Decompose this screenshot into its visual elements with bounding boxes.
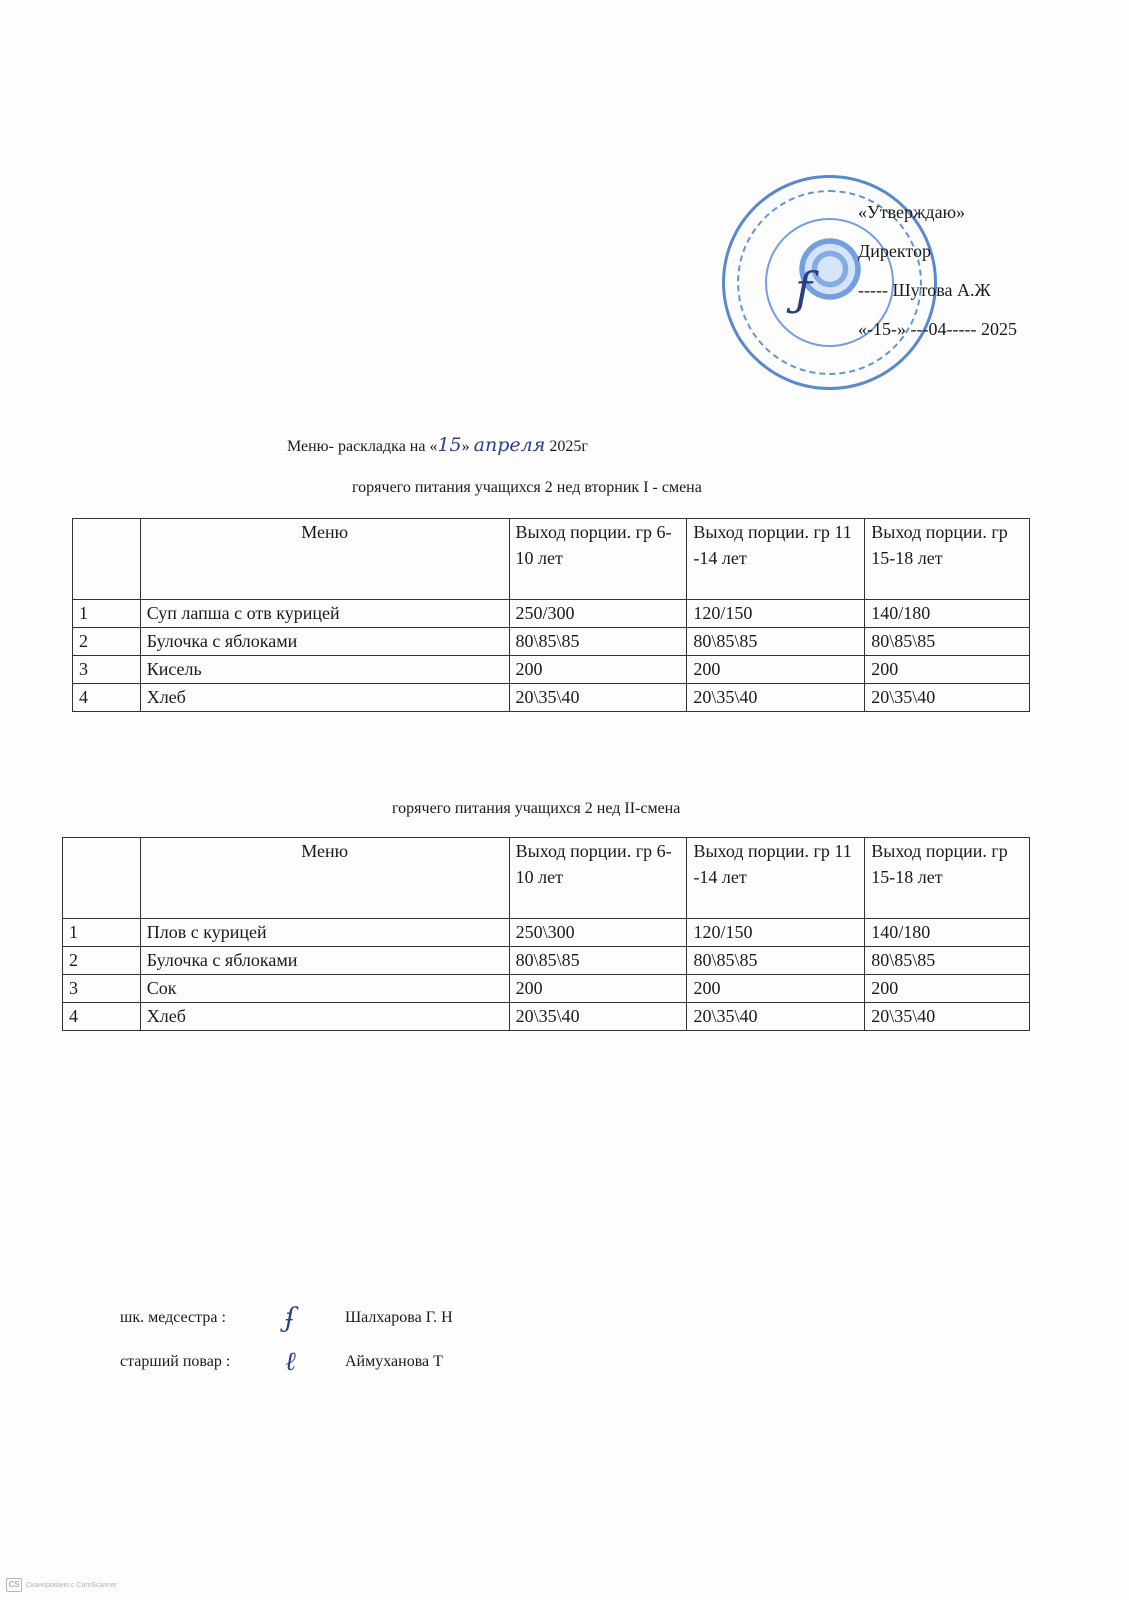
portion-6-10: 250\300 [509,919,687,947]
approval-date: «-15-» ---04----- 2025 [858,310,1017,349]
portion-11-14: 200 [687,975,865,1003]
scanner-watermark: CS Сканировано с CamScanner [6,1578,117,1592]
dish-name: Суп лапша с отв курицей [140,600,509,628]
title-month: апреля [474,434,546,456]
dish-name: Хлеб [140,684,509,712]
approval-position: Директор [858,232,1017,271]
dish-name: Булочка с яблоками [140,947,509,975]
portion-11-14: 80\85\85 [687,628,865,656]
header-age-6-10: Выход порции. гр 6-10 лет [509,519,687,600]
row-number: 2 [73,628,141,656]
row-number: 3 [63,975,141,1003]
header-age-6-10: Выход порции. гр 6-10 лет [509,838,687,919]
table-row: 4 Хлеб 20\35\40 20\35\40 20\35\40 [63,1003,1030,1031]
header-age-15-18: Выход порции. гр 15-18 лет [865,838,1030,919]
title-prefix: Меню- раскладка на « [287,438,437,455]
signature-name: Аймуханова Т [345,1340,443,1384]
table-header-row: Меню Выход порции. гр 6-10 лет Выход пор… [63,838,1030,919]
table-row: 2 Булочка с яблоками 80\85\85 80\85\85 8… [63,947,1030,975]
portion-15-18: 80\85\85 [865,947,1030,975]
approval-name: ----- Шутова А.Ж [858,271,1017,310]
title-mid: » [462,438,474,455]
signature-name: Шалхарова Г. Н [345,1296,453,1340]
approval-block: «Утверждаю» Директор ----- Шутова А.Ж «-… [858,193,1017,349]
header-number [63,838,141,919]
portion-6-10: 200 [509,656,687,684]
portion-11-14: 120/150 [687,919,865,947]
shift-2-subtitle: горячего питания учащихся 2 нед II-смена [392,800,680,818]
dish-name: Плов с курицей [140,919,509,947]
portion-15-18: 20\35\40 [865,684,1030,712]
header-menu: Меню [140,519,509,600]
row-number: 3 [73,656,141,684]
table-row: 1 Суп лапша с отв курицей 250/300 120/15… [73,600,1030,628]
portion-6-10: 20\35\40 [509,684,687,712]
header-number [73,519,141,600]
table-row: 1 Плов с курицей 250\300 120/150 140/180 [63,919,1030,947]
dish-name: Сок [140,975,509,1003]
header-menu: Меню [140,838,509,919]
header-age-15-18: Выход порции. гр 15-18 лет [865,519,1030,600]
header-age-11-14: Выход порции. гр 11 -14 лет [687,519,865,600]
shift-1-subtitle: горячего питания учащихся 2 нед вторник … [352,479,702,497]
portion-11-14: 20\35\40 [687,684,865,712]
signature-role: шк. медсестра : [120,1296,285,1340]
portion-15-18: 200 [865,975,1030,1003]
dish-name: Хлеб [140,1003,509,1031]
portion-15-18: 200 [865,656,1030,684]
portion-15-18: 140/180 [865,600,1030,628]
portion-11-14: 120/150 [687,600,865,628]
title-day: 15 [437,434,461,456]
portion-15-18: 80\85\85 [865,628,1030,656]
signature-role: старший повар : [120,1340,285,1384]
menu-table-shift-2: Меню Выход порции. гр 6-10 лет Выход пор… [62,837,1030,1031]
portion-6-10: 250/300 [509,600,687,628]
portion-6-10: 200 [509,975,687,1003]
approval-heading: «Утверждаю» [858,193,1017,232]
menu-table-shift-1: Меню Выход порции. гр 6-10 лет Выход пор… [72,518,1030,712]
header-age-11-14: Выход порции. гр 11 -14 лет [687,838,865,919]
portion-6-10: 20\35\40 [509,1003,687,1031]
table-header-row: Меню Выход порции. гр 6-10 лет Выход пор… [73,519,1030,600]
camscanner-logo-icon: CS [6,1578,22,1592]
watermark-text: Сканировано с CamScanner [26,1582,117,1589]
row-number: 2 [63,947,141,975]
portion-6-10: 80\85\85 [509,628,687,656]
row-number: 1 [63,919,141,947]
director-signature-icon: ƒ [795,262,812,316]
table-row: 3 Сок 200 200 200 [63,975,1030,1003]
signature-row-cook: старший повар : ℓ Аймуханова Т [120,1340,453,1384]
nurse-signature-icon: ʄ [285,1296,345,1340]
signatures-block: шк. медсестра : ʄ Шалхарова Г. Н старший… [120,1296,453,1384]
portion-11-14: 20\35\40 [687,1003,865,1031]
row-number: 4 [73,684,141,712]
dish-name: Кисель [140,656,509,684]
portion-15-18: 140/180 [865,919,1030,947]
table-row: 2 Булочка с яблоками 80\85\85 80\85\85 8… [73,628,1030,656]
dish-name: Булочка с яблоками [140,628,509,656]
title-suffix: 2025г [545,438,588,455]
table-row: 3 Кисель 200 200 200 [73,656,1030,684]
document-title: Меню- раскладка на «15» апреля 2025г [287,434,588,456]
row-number: 4 [63,1003,141,1031]
row-number: 1 [73,600,141,628]
portion-11-14: 80\85\85 [687,947,865,975]
portion-11-14: 200 [687,656,865,684]
portion-6-10: 80\85\85 [509,947,687,975]
signature-row-nurse: шк. медсестра : ʄ Шалхарова Г. Н [120,1296,453,1340]
table-row: 4 Хлеб 20\35\40 20\35\40 20\35\40 [73,684,1030,712]
portion-15-18: 20\35\40 [865,1003,1030,1031]
cook-signature-icon: ℓ [285,1340,345,1384]
